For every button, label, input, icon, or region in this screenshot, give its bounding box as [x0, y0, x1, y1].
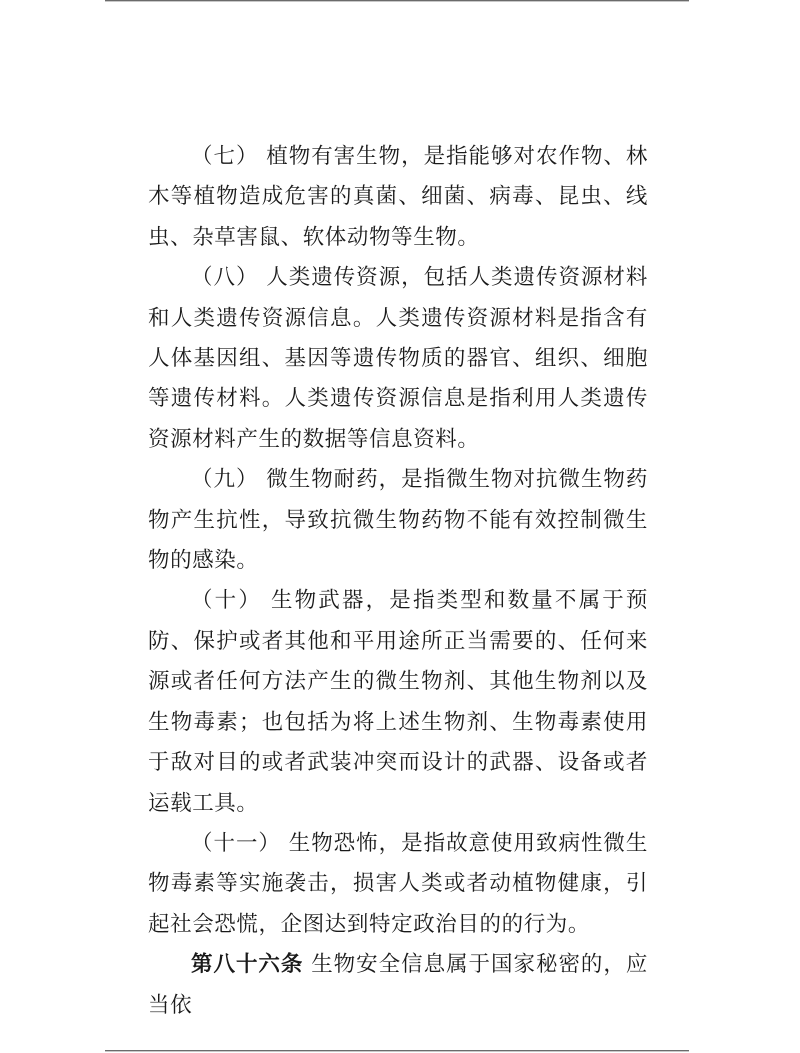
definition-item-7: （七） 植物有害生物，是指能够对农作物、林木等植物造成危害的真菌、细菌、病毒、昆…	[148, 137, 648, 258]
definition-item-8: （八） 人类遗传资源，包括人类遗传资源材料和人类遗传资源信息。人类遗传资源材料是…	[148, 258, 648, 460]
article-number: 第八十六条	[191, 952, 303, 977]
bottom-page-rule	[105, 1050, 689, 1052]
definition-item-9: （九） 微生物耐药，是指微生物对抗微生物药物产生抗性，导致抗微生物药物不能有效控…	[148, 460, 648, 581]
article-86: 第八十六条 生物安全信息属于国家秘密的，应当依	[148, 945, 648, 1026]
top-page-rule	[105, 0, 689, 2]
document-body: （七） 植物有害生物，是指能够对农作物、林木等植物造成危害的真菌、细菌、病毒、昆…	[148, 137, 648, 1026]
definition-item-10: （十） 生物武器，是指类型和数量不属于预防、保护或者其他和平用途所正当需要的、任…	[148, 581, 648, 823]
definition-item-11: （十一） 生物恐怖，是指故意使用致病性微生物毒素等实施袭击，损害人类或者动植物健…	[148, 824, 648, 945]
